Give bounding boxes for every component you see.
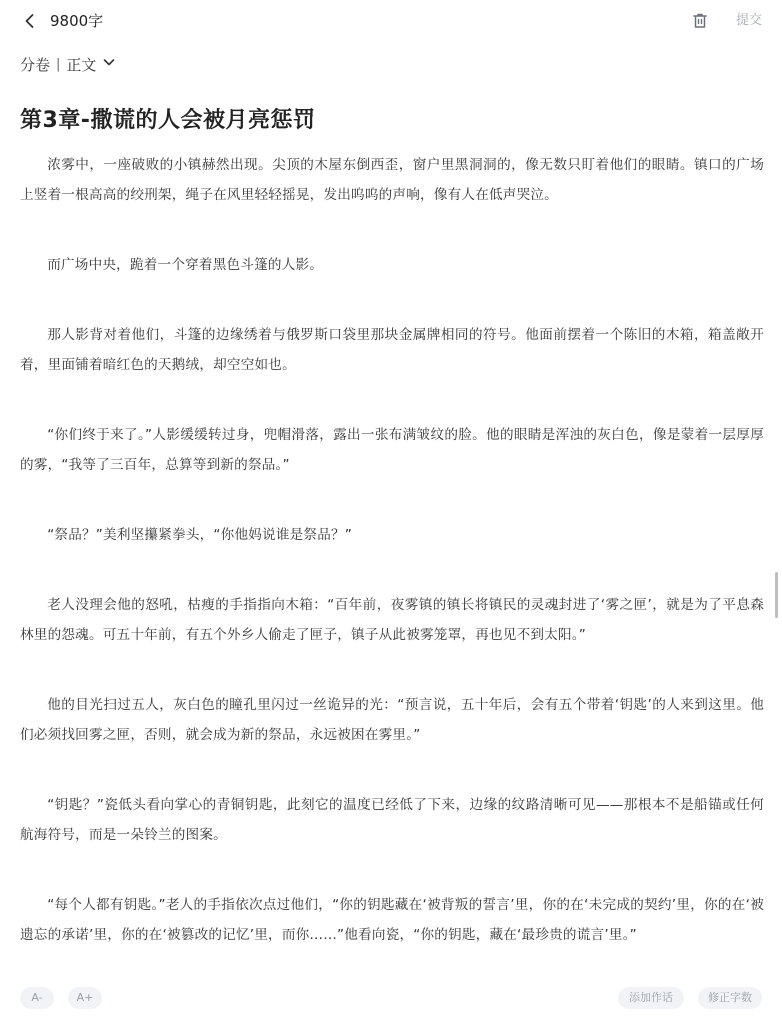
word-count: 9800字 [50, 11, 103, 31]
scrollbar[interactable] [775, 572, 778, 618]
submit-button[interactable]: 提交 [736, 11, 762, 31]
top-bar: 9800字 提交 [0, 0, 782, 44]
fix-word-count-button[interactable]: 修正字数 [698, 987, 762, 1009]
paragraph: 浓雾中，一座破败的小镇赫然出现。尖顶的木屋东倒西歪，窗户里黑洞洞的，像无数只盯着… [20, 150, 764, 210]
paragraph: 老人没理会他的怒吼，枯瘦的手指指向木箱：“百年前，夜雾镇的镇长将镇民的灵魂封进了… [20, 590, 764, 650]
chapter-body[interactable]: 浓雾中，一座破败的小镇赫然出现。尖顶的木屋东倒西歪，窗户里黑洞洞的，像无数只盯着… [20, 150, 764, 950]
volume-label: 分卷 [20, 54, 50, 75]
chevron-down-icon [96, 55, 116, 73]
paragraph: “你们终于来了。”人影缓缓转过身，兜帽滑落，露出一张布满皱纹的脸。他的眼睛是浑浊… [20, 420, 764, 480]
separator: | [56, 57, 60, 72]
paragraph: 而广场中央，跪着一个穿着黑色斗篷的人影。 [20, 250, 764, 280]
volume-selector[interactable]: 分卷 | 正文 [20, 53, 116, 75]
paragraph: 他的目光扫过五人，灰白色的瞳孔里闪过一丝诡异的光：“预言说，五十年后，会有五个带… [20, 690, 764, 750]
font-larger-button[interactable]: A+ [68, 987, 102, 1009]
paragraph: “祭品？”美利坚攥紧拳头，“你他妈说谁是祭品？” [20, 520, 764, 550]
font-smaller-button[interactable]: A- [20, 987, 54, 1009]
paragraph: “每个人都有钥匙。”老人的手指依次点过他们，“你的钥匙藏在‘被背叛的誓言’里，你… [20, 890, 764, 950]
chapter-title[interactable]: 第3章-撒谎的人会被月亮惩罚 [20, 104, 315, 138]
add-author-note-button[interactable]: 添加作话 [618, 987, 684, 1009]
trash-icon[interactable] [690, 11, 710, 31]
paragraph: 那人影背对着他们，斗篷的边缘绣着与俄罗斯口袋里那块金属牌相同的符号。他面前摆着一… [20, 320, 764, 380]
section-label: 正文 [66, 54, 96, 75]
chevron-left-icon[interactable] [20, 11, 40, 31]
paragraph: “钥匙？”瓷低头看向掌心的青铜钥匙，此刻它的温度已经低了下来，边缘的纹路清晰可见… [20, 790, 764, 850]
